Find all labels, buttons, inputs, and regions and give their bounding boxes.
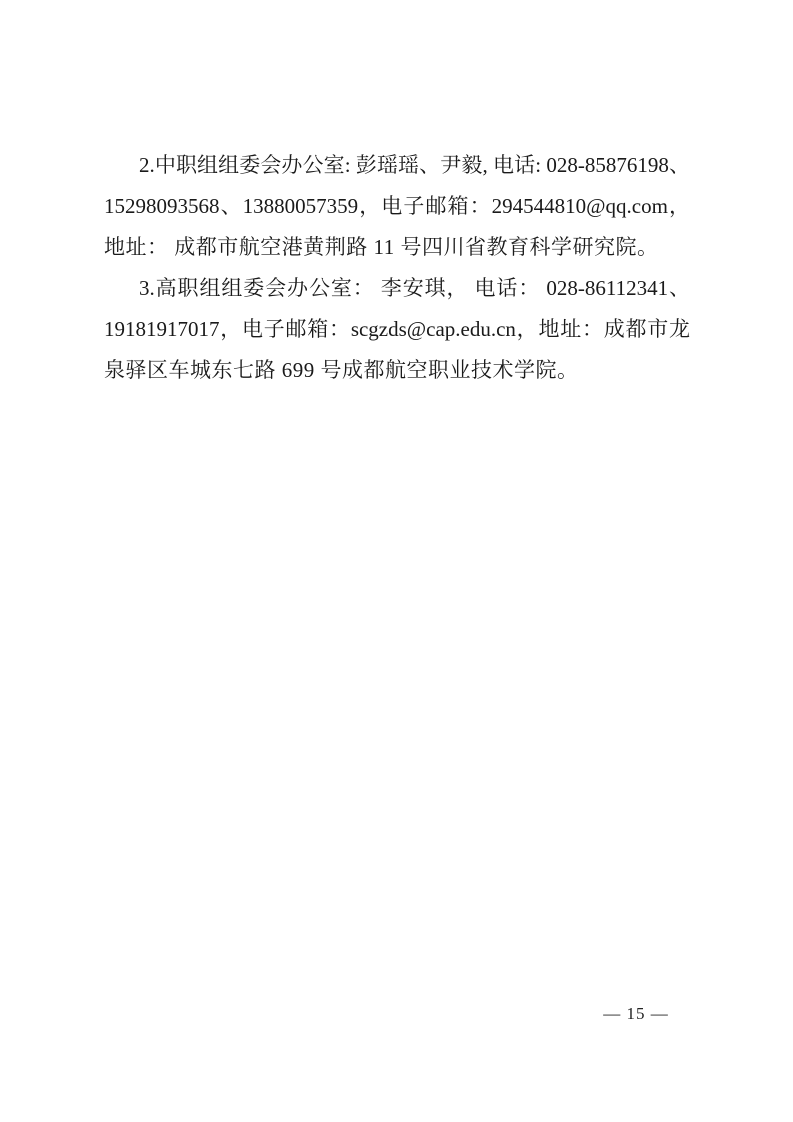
document-page: 2.中职组组委会办公室: 彭瑶瑶、尹毅, 电话: 028-85876198、 1… (0, 0, 793, 1122)
paragraph-gaozhi-office: 3.高职组组委会办公室： 李安琪， 电话： 028-86112341、 1918… (104, 268, 690, 391)
body-text-line: 3.高职组组委会办公室： 李安琪， 电话： 028-86112341、 (104, 268, 690, 309)
body-text-line: 19181917017，电子邮箱：scgzds@cap.edu.cn，地址：成都… (104, 309, 690, 350)
body-text-line: 地址： 成都市航空港黄荆路 11 号四川省教育科学研究院。 (104, 227, 690, 268)
paragraph-zhongzhi-office: 2.中职组组委会办公室: 彭瑶瑶、尹毅, 电话: 028-85876198、 1… (104, 145, 690, 268)
body-text-line: 泉驿区车城东七路 699 号成都航空职业技术学院。 (104, 350, 690, 391)
body-text-line: 2.中职组组委会办公室: 彭瑶瑶、尹毅, 电话: 028-85876198、 (104, 145, 690, 186)
document-body: 2.中职组组委会办公室: 彭瑶瑶、尹毅, 电话: 028-85876198、 1… (104, 145, 690, 391)
body-text-line: 15298093568、13880057359，电子邮箱：294544810@q… (104, 186, 690, 227)
page-number: — 15 — (576, 1001, 696, 1027)
